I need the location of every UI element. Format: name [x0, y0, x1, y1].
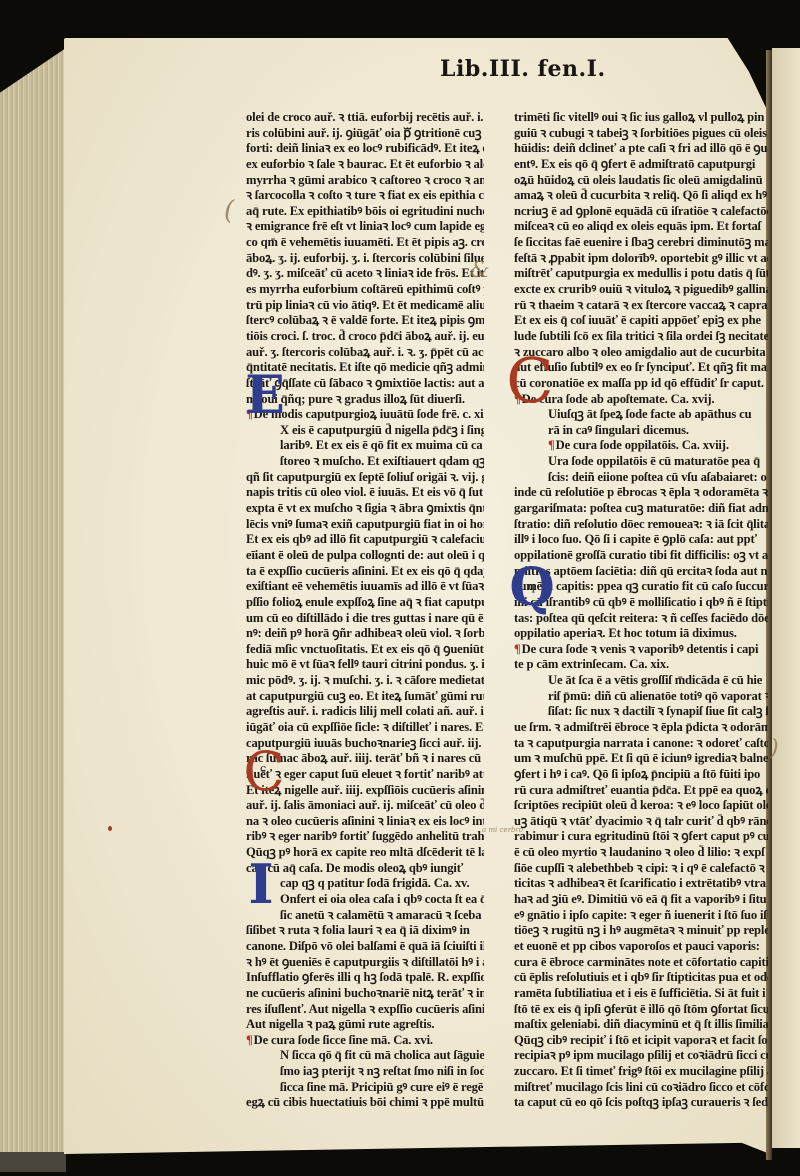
text-line: ris colūbini auř. ij. ꝯiūgāť oia pᷓ ꝯtri… [246, 126, 484, 142]
text-line: ē cū oleo myrtio ꝛ laudanino ꝛ oleo d̄ l… [514, 845, 768, 861]
paragraph-mark-icon: ¶ [514, 642, 521, 656]
text-line: miſtreť mucilago ſcis lini cū coꝛiādro ſ… [514, 1080, 768, 1096]
text-line: tiōis croci. ſ. troc. d̄ croco p̄dc̄i āb… [246, 329, 484, 345]
text-line: ſtō tē ex eis q̄ ipſi ꝯferūt ē illō qō ſ… [514, 1002, 768, 1018]
text-line: riſ p̄mū: diñ cū alienatōe totiꝰ qō vapo… [514, 689, 768, 705]
text-line: ¶De cura ſode oppilatōis. Ca. xviij. [514, 438, 768, 454]
text-line: haꝛ ad ꝫiū eꝰ. Dimitiū vō eā q̄ fit a va… [514, 892, 768, 908]
text-line: recipiaꝛ pꝰ ipm mucilago pſilij et coꝛiā… [514, 1048, 768, 1064]
ink-stain [108, 826, 112, 831]
text-line: forti: deiñ liniaꝛ ex eo locꝰ rubificādꝰ… [246, 141, 484, 157]
text-line: rū ꝛ thaeim ꝛ catarā ꝛ ex ſtercore vacca… [514, 298, 768, 314]
text-line: iūgāť oia cū expſſiōe ſicle: ꝛ diſtilleť… [246, 720, 484, 736]
text-line: agreſtis auř. i. radicis lilij mell cola… [246, 704, 484, 720]
text-line: co qm̄ ē vehemētis iuuamēti. Et ēt pipis… [246, 235, 484, 251]
initial-e-blue: E [248, 372, 282, 418]
book-block-edge [0, 48, 66, 1164]
text-line: entꝰ. Ex eis qō q̄ ꝯfert ē admiſtratō ca… [514, 157, 768, 173]
text-line: es myrrha euforbium coſtāreū epithimū co… [246, 282, 484, 298]
text-line: um ꝛ muſchū ppē. Et ſi qū ē iciunꝰ igred… [514, 751, 768, 767]
text-line: na ꝛ oleo cucūeris aſinini ꝛ liniaꝛ ex e… [246, 814, 484, 830]
text-line: ¶De cura ſode ꝛ venis ꝛ vaporibꝰ detenti… [514, 642, 768, 658]
text-line: ſtratio: diñ reſolutio dōec remoueaꝛ: ꝛ … [514, 517, 768, 533]
text-line: ne cucūeris aſinini buchoꝛnariē nitꝝ ter… [246, 986, 484, 1002]
text-line: Qūqꝫ pꝰ horā ex capite reo mltā dſcēderi… [246, 845, 484, 861]
text-line: rabimur i cura egritudinū ſtōi ꝛ ꝯfert c… [514, 829, 768, 845]
book-block-shadow [0, 1152, 66, 1172]
text-line: feſtā ꝛ ꝓpabit ipm dolorībꝰ. oportebit g… [514, 251, 768, 267]
text-line: ꝛ ſarcocolla ꝛ coſto ꝛ ture ꝛ fiat ex ei… [246, 188, 484, 204]
text-line: rā in caꝰ ſingulari dicemus. [514, 423, 768, 439]
paragraph-mark-icon: ¶ [548, 438, 555, 452]
text-line: qñ ſit caputpurgiū ex ſeptē ſoliuſ origā… [246, 470, 484, 486]
margin-ampersand-mark: & [470, 258, 490, 283]
text-line: miſtrēť caputpurgia ex medullis i potu d… [514, 266, 768, 282]
text-line: ſiſibet ꝛ ruta ꝛ folia lauri ꝛ ea q̄ iā … [246, 923, 484, 939]
text-line: trū pip liniaꝛ cū vio ātiqꝰ. Et ēt medic… [246, 298, 484, 314]
text-line: nꝰ: deiñ pꝰ horā ꝯñr adhibeaꝛ oleū viol.… [246, 626, 484, 642]
text-line: Aut nigella ꝛ paꝝ gūmi rute agreſtis. [246, 1017, 484, 1033]
text-line: uꝫ ātiqū ꝛ vtāť dyacimio ꝛ q̄ talr curiť… [514, 814, 768, 830]
text-line: Qūqꝫ cibꝰ recipiť i ſtō et icipit vapora… [514, 1033, 768, 1049]
text-line: ta caput cū eo qō ſcis poſtqꝫ ipſaꝫ cura… [514, 1095, 768, 1111]
text-line: ue ſrm. ꝛ admiſtrēi ēbroce ꝛ ēpla p̄dict… [514, 720, 768, 736]
text-line: trimēti ſic vitellꝰ oui ꝛ ſic ius galloꝝ… [514, 110, 768, 126]
text-line: hūidis: deiñ dclineť a pte caſi ꝛ fri ad… [514, 141, 768, 157]
text-line: eīiant ē oleū de pulpa collognti de: aut… [246, 548, 484, 564]
text-line: ramēta ſubtiliatiua et i eis ē ſufficiēt… [514, 986, 768, 1002]
text-line: exiſtiant eē vehemētis iuuamīs ad illō ē… [246, 579, 484, 595]
text-line: ſcis: deiñ eiione poſtea cū vſu aſabaiar… [514, 470, 768, 486]
text-line: um cū eo diſtillādo i die tres guttas i … [246, 611, 484, 627]
text-line: āboꝝ. ʒ. ij. euforbij. ʒ. i. ſtercoris c… [246, 251, 484, 267]
text-column-left: olei de croco auř. ꝛ ttiā. euforbij recē… [246, 110, 484, 1111]
text-line: at caputpurgiū cuꝫ eo. Et iteꝝ ſumāť gūm… [246, 689, 484, 705]
text-line: ticitas ꝛ adhibeaꝛ ēt ſcarificatio i ext… [514, 876, 768, 892]
text-line: gargariſmata: poſtea cuꝫ maturatōe: diñ … [514, 501, 768, 517]
text-line: oꝝū hūidoꝝ cū oleis laudatis ſic oleū am… [514, 173, 768, 189]
text-line: lēcis vniꝰ ſumaꝛ exiñ caputpurgiū fiat i… [246, 517, 484, 533]
text-line: cap cū aq̄ caſa. De modis oleoꝝ qbꝰ iung… [246, 861, 484, 877]
text-line: cura ē ēbroce carminātes note et cōforta… [514, 955, 768, 971]
text-line: aq̄ rute. Ex epithiatibꝰ bōis oi egritud… [246, 204, 484, 220]
text-line: ſiōe cupſſi ꝛ alebethbeb ꝛ cipi: ꝛ i qꝰ … [514, 861, 768, 877]
text-line: ſtercꝰ colūbaꝝ ꝛ ē valdē forte. Et iteꝝ … [246, 313, 484, 329]
text-line: Onfert ei oia olea caſa i qbꝰ cocta ſt e… [246, 892, 484, 908]
text-line: inde cū reſolutiōe p ēbrocas ꝛ ēpla ꝛ od… [514, 485, 768, 501]
initial-q-blue: Q q [512, 564, 552, 610]
text-line: ꝛ hꝰ ēt ꝯueniēs ē caputpurgiis ꝛ diſtill… [246, 955, 484, 971]
text-line: amaꝝ ꝛ oleū d̄ cucurbita ꝛ reliq̄. Qō ſi… [514, 188, 768, 204]
text-line: egꝝ cū cibis huectatiuis bōi chimi ꝛ ppē… [246, 1095, 484, 1111]
text-line: laribꝰ. Et ex eis ē qō fit ex muima cū c… [246, 438, 484, 454]
text-line: Ura ſode oppilatōis ē cū maturatōe pea q… [514, 454, 768, 470]
text-line: ꝯfert i hꝰ i caꝰ. Qō ſi ipſoꝝ p̄ncipiū a… [514, 767, 768, 783]
margin-bracket-mark: ( [224, 196, 234, 226]
text-line: ¶De cura ſode ſicce ſine mā. Ca. xvi. [246, 1033, 484, 1049]
text-line: pſſio folioꝝ enule expſſoꝝ ſine aq̄ ꝛ fi… [246, 595, 484, 611]
text-line: Et ex eis q̄ coſ iuuāť ē capiti appōeť e… [514, 313, 768, 329]
text-line: ſcriptōes recipiūt oleū d̄ keroa: ꝛ eꝰ l… [514, 798, 768, 814]
text-line: Ue āt ſca ē a vētis groſſiſ m̄dicāda ē c… [514, 673, 768, 689]
text-line: excte ex cruribꝰ ouiū ꝛ vituloꝝ ꝛ pigued… [514, 282, 768, 298]
text-line: cap qꝫ q patitur ſodā frigidā. Ca. xv. [246, 876, 484, 892]
text-line: maſtix geleniabi. diñ diacyminū et q̄ ſt… [514, 1017, 768, 1033]
text-line: fediā mſic vnctuoſitatis. Et ex eis qō q… [246, 642, 484, 658]
text-line: tiōeꝫ ꝛ rugitū nꝫ i hꝰ augmētaꝛ ꝛ minuiť… [514, 923, 768, 939]
text-line: ex euforbio ꝛ ſale ꝛ baurac. Et ēt eufor… [246, 157, 484, 173]
text-line: ſic anetū ꝛ calamētū ꝛ amaracū ꝛ ſceba ꝛ [246, 908, 484, 924]
initial-i-blue: I [246, 858, 276, 910]
text-line: auř. ʒ. ſtercoris colūbaꝝ auř. i. ꝛ. ʒ. … [246, 345, 484, 361]
text-line: ꝛ emigrance frē eſt vt liniaꝛ locꝰ cum l… [246, 219, 484, 235]
text-line: expta ē vt ex muſcho ꝛ ſigia ꝛ ābra ꝯmix… [246, 501, 484, 517]
text-line: ſmo iaꝫ pterijt ꝛ nꝫ reſtat ſmo niſi in … [246, 1064, 484, 1080]
text-line: ſe ſiccitas faē euenire i ſbaꝫ cerebri d… [514, 235, 768, 251]
margin-bracket-mark-right: ) [770, 736, 779, 761]
text-line: et euonē et pp cibos vaporoſos et pauci … [514, 939, 768, 955]
text-line: dꝰ. ʒ. ʒ. miſceāť cū aceto ꝛ liniaꝛ ide … [246, 266, 484, 282]
text-line: zuccaro. Et ſi timeť frigꝰ ſtōi ex mucil… [514, 1064, 768, 1080]
text-line: olei de croco auř. ꝛ ttiā. euforbij recē… [246, 110, 484, 126]
text-line: ſicca ſine mā. Pricipiū gꝰ cure eiꝰ ē re… [246, 1080, 484, 1096]
text-line: ſiſat: ſic nux ꝛ dactilī ꝛ ſynapiſ ſiue … [514, 704, 768, 720]
text-line: ncriuꝫ ē ad ꝯplonē equādā cū iſratiōe ꝛ … [514, 204, 768, 220]
text-line: rū cura admiſtreť euantia p̄dc̄a. Et ppē… [514, 783, 768, 799]
initial-c-red-right: C [512, 352, 548, 408]
paragraph-mark-icon: ¶ [246, 1033, 253, 1047]
text-line: eꝰ gnātio i ipſo capite: ꝛ eger ñ iuener… [514, 908, 768, 924]
text-line: ribꝰ ꝛ eger naribꝰ fortiť ſuggēdo anheli… [246, 829, 484, 845]
text-line: Inſufflatio ꝯferēs illi q hꝫ ſodā tpalē.… [246, 970, 484, 986]
text-line: huic mō ē vt ſūaꝛ fellꝰ tauri citrini po… [246, 657, 484, 673]
text-line: ſtoreo ꝛ muſcho. Et exiſtiauert qdam qꝫ [246, 454, 484, 470]
text-line: illꝰ i loco ſuo. Qō ſi i capite ē ꝯplō c… [514, 532, 768, 548]
text-line: miſceaꝛ cū eo aliqd ex oleis equās ipm. … [514, 219, 768, 235]
text-line: res iſuſlenť. Aut nigella ꝛ expſſio cucū… [246, 1002, 484, 1018]
running-head: Lib.III. fen.I. [440, 56, 606, 82]
text-line: te p cām extrinſecam. Ca. xix. [514, 657, 768, 673]
text-line: mic pōdꝰ. ʒ. ij. ꝛ muſchi. ʒ. i. ꝛ cāſor… [246, 673, 484, 689]
text-line: oppilatio aperiaꝛ. Et hoc totum iā dixim… [514, 626, 768, 642]
text-line: guiū ꝛ cubugi ꝛ tabeiꝫ ꝛ ſorbitiōes pigu… [514, 126, 768, 142]
text-line: napis tritis cū oleo viol. ē iuuās. Et e… [246, 485, 484, 501]
text-line: ta ē expſſio cucūeris aſinini. Et ex eis… [246, 564, 484, 580]
text-line: myrrha ꝛ gūmi arabico ꝛ caſtoreo ꝛ croco… [246, 173, 484, 189]
text-line: Et ex eis qbꝰ ad illō fit caputpurgiū ꝛ … [246, 532, 484, 548]
facing-page-edge [772, 48, 800, 1148]
margin-note: a mi cerbro [482, 826, 523, 834]
text-line: cū ēplis reſolutiuis et i qbꝰ ſir ſtipti… [514, 970, 768, 986]
text-line: lude ſubtili ſcō ex ſila tritici ꝛ ſila … [514, 329, 768, 345]
text-line: canone. Diſpō vō olei balſami ē quā iā ſ… [246, 939, 484, 955]
text-line: N ſicca qō q̄ fit cū mā cholica aut ſāgu… [246, 1048, 484, 1064]
initial-c-red: C c [246, 748, 282, 794]
text-line: ta ꝛ caputpurgia narrata i canone: ꝛ odo… [514, 736, 768, 752]
